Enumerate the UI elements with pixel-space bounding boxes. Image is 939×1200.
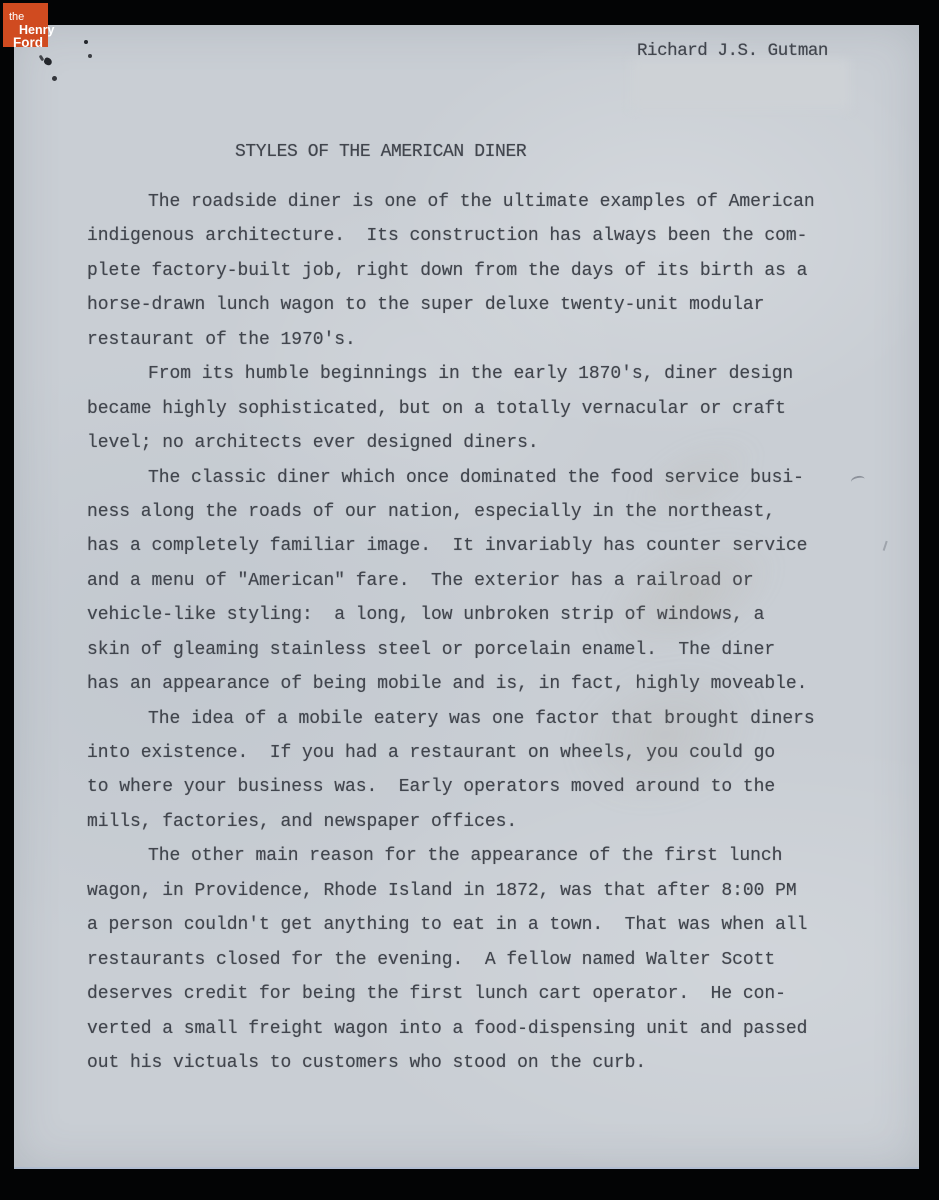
- text-line: ness along the roads of our nation, espe…: [87, 495, 862, 529]
- text-line: The roadside diner is one of the ultimat…: [87, 185, 862, 219]
- redacted-address-block: [631, 59, 850, 109]
- text-line: a person couldn't get anything to eat in…: [87, 908, 862, 942]
- paper-speck: [88, 54, 92, 58]
- text-line: plete factory-built job, right down from…: [87, 254, 862, 288]
- text-line: From its humble beginnings in the early …: [87, 357, 862, 391]
- text-line: out his victuals to customers who stood …: [87, 1046, 862, 1080]
- logo-word-the: the: [9, 11, 24, 23]
- text-line: verted a small freight wagon into a food…: [87, 1012, 862, 1046]
- document-body: The roadside diner is one of the ultimat…: [87, 185, 862, 1080]
- scanned-document-view: the Henry Ford Richard J.S. Gutman STYLE…: [0, 0, 939, 1200]
- henry-ford-logo: the Henry Ford: [3, 3, 48, 47]
- text-line: to where your business was. Early operat…: [87, 770, 862, 804]
- text-line: deserves credit for being the first lunc…: [87, 977, 862, 1011]
- text-line: horse-drawn lunch wagon to the super del…: [87, 288, 862, 322]
- text-line: restaurants closed for the evening. A fe…: [87, 943, 862, 977]
- text-line: skin of gleaming stainless steel or porc…: [87, 633, 862, 667]
- logo-word-ford: Ford: [13, 35, 43, 50]
- author-name: Richard J.S. Gutman: [637, 41, 828, 61]
- text-line: The other main reason for the appearance…: [87, 839, 862, 873]
- page-title: STYLES OF THE AMERICAN DINER: [235, 142, 526, 162]
- paper-speck: [84, 40, 88, 44]
- text-line: mills, factories, and newspaper offices.: [87, 805, 862, 839]
- paper-speck: [52, 76, 57, 81]
- text-line: wagon, in Providence, Rhode Island in 18…: [87, 874, 862, 908]
- text-line: became highly sophisticated, but on a to…: [87, 392, 862, 426]
- text-line: restaurant of the 1970's.: [87, 323, 862, 357]
- text-line: indigenous architecture. Its constructio…: [87, 219, 862, 253]
